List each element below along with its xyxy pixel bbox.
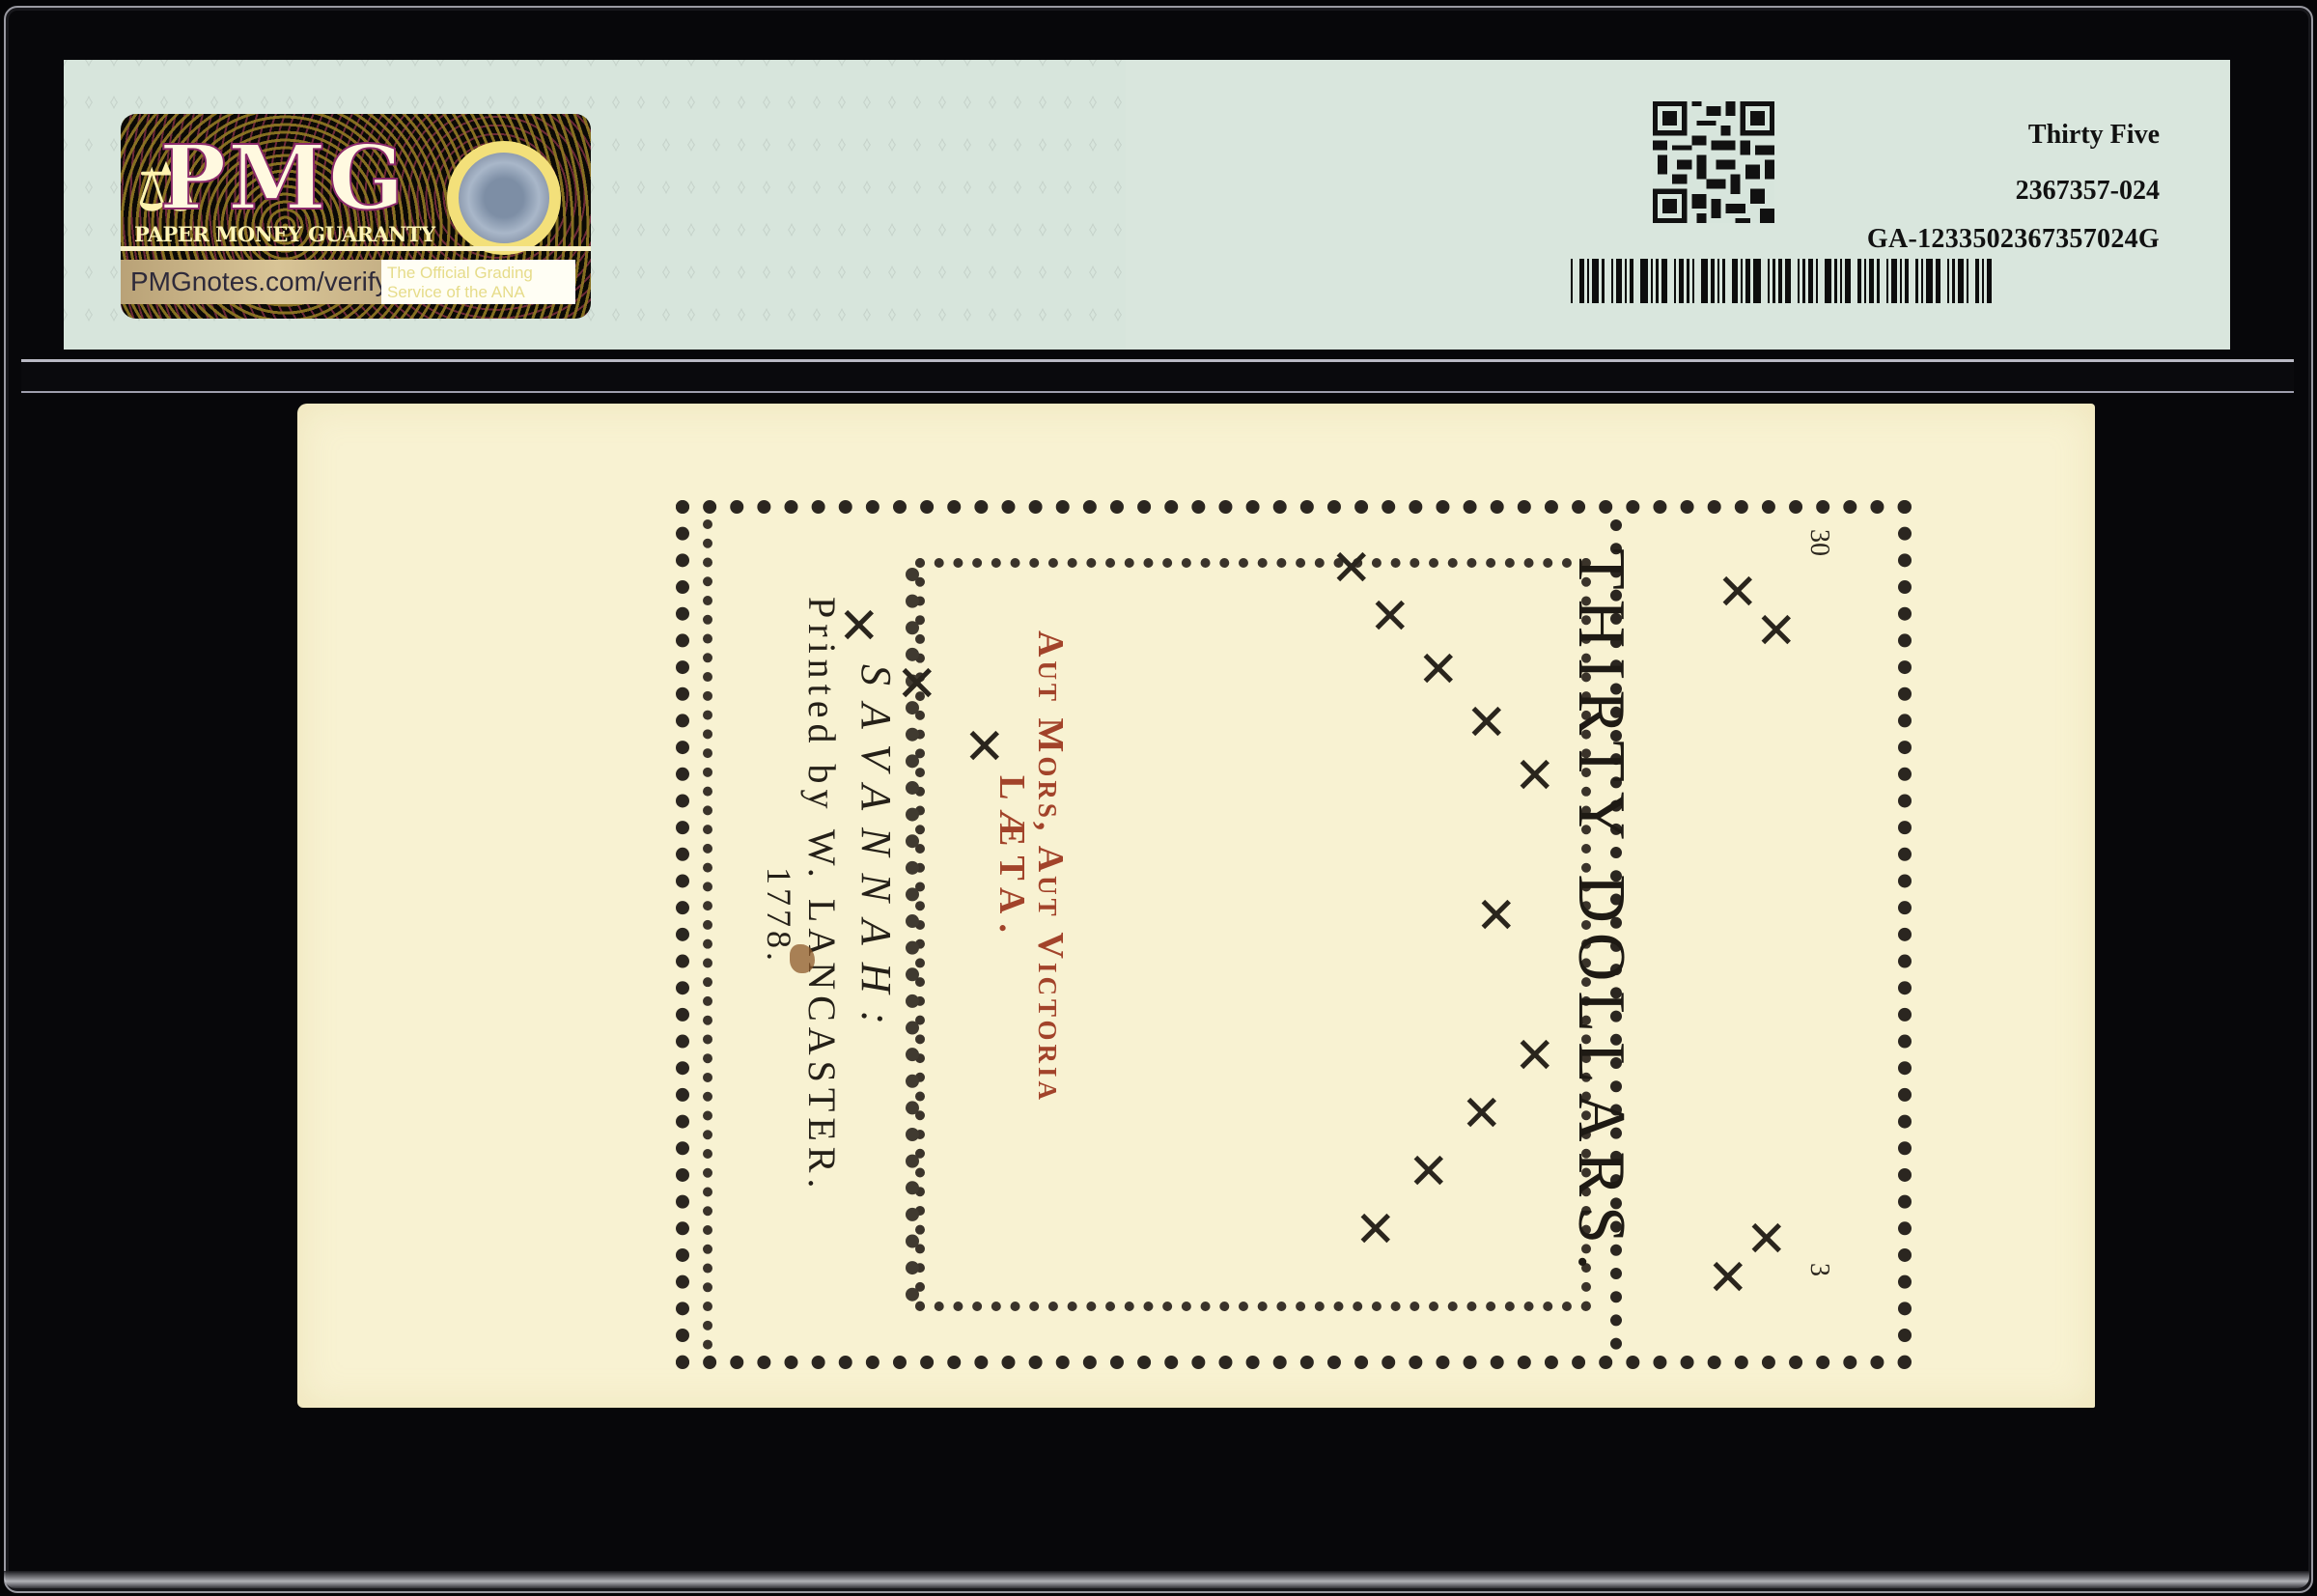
barcode-bar xyxy=(1741,259,1743,303)
barcode-bar xyxy=(1825,259,1831,303)
barcode-bar xyxy=(1816,259,1818,303)
corner-number-bottom: 3 xyxy=(1803,1263,1834,1276)
barcode-bar xyxy=(1864,259,1866,303)
barcode-bar xyxy=(1692,259,1694,303)
pmg-hologram: ⚖ PMG PAPER MONEY GUARANTY PMGnotes.com/… xyxy=(121,114,591,319)
barcode-bar xyxy=(1952,259,1955,303)
x-ornament: ✕ xyxy=(1514,1031,1556,1081)
barcode-bar xyxy=(1802,259,1805,303)
barcode-bar xyxy=(1687,259,1689,303)
x-ornament: ✕ xyxy=(1466,698,1508,748)
x-ornament: ✕ xyxy=(1354,1205,1397,1255)
barcode-bar xyxy=(1987,259,1992,303)
barcode-bar xyxy=(1947,259,1949,303)
barcode-bar xyxy=(1877,259,1880,303)
barcode-bar xyxy=(1722,259,1725,303)
barcode-bar xyxy=(1900,259,1902,303)
grading-label: ⚖ PMG PAPER MONEY GUARANTY PMGnotes.com/… xyxy=(64,60,2230,350)
holder-rail xyxy=(21,359,2294,393)
barcode-bar xyxy=(1905,259,1909,303)
hologram-subtitle: PAPER MONEY GUARANTY xyxy=(134,222,435,246)
barcode-bar xyxy=(1891,259,1897,303)
motto-line-2: LÆTA. xyxy=(991,775,1033,942)
x-ornament: ✕ xyxy=(963,722,1006,772)
barcode-bar xyxy=(1778,259,1782,303)
barcode-bar xyxy=(1571,259,1573,303)
barcode-bar xyxy=(1616,259,1622,303)
barcode-bar xyxy=(1773,259,1775,303)
motto-line-1: Aut Mors, Aut Victoria xyxy=(1029,630,1072,1104)
catalog-code: GA-1233502367357024G xyxy=(1867,224,2160,255)
barcode-bar xyxy=(1701,259,1708,303)
barcode-bar xyxy=(1651,259,1653,303)
barcode-bar xyxy=(1611,259,1613,303)
x-ornament: ✕ xyxy=(1330,544,1373,594)
barcode-bar xyxy=(1630,259,1633,303)
verify-url[interactable]: PMGnotes.com/verify xyxy=(121,260,381,304)
cert-number: 2367357-024 xyxy=(2016,176,2160,207)
barcode-bar xyxy=(1579,259,1584,303)
barcode-bar xyxy=(1975,259,1979,303)
slab-bottom-edge xyxy=(4,1571,2309,1588)
barcode-bar xyxy=(1808,259,1813,303)
denomination-text: THIRTY DOLLARS. xyxy=(1562,548,1639,1280)
barcode-bar xyxy=(1886,259,1888,303)
x-ornament: ✕ xyxy=(896,659,938,710)
x-ornament: ✕ xyxy=(1369,592,1411,642)
barcode-bar xyxy=(1640,259,1648,303)
barcode-bar xyxy=(1661,259,1667,303)
barcode-bar xyxy=(1921,259,1923,303)
barcode-bar xyxy=(1840,259,1842,303)
barcode-bar xyxy=(1915,259,1918,303)
barcode-bar xyxy=(1785,259,1791,303)
banknote: ✕ ✕ ✕ ✕ ✕ ✕ ✕ ✕ ✕ ✕ ✕ ✕ ✕ ✕ ✕ ✕ ✕ 30 3 T… xyxy=(297,404,2095,1408)
qr-code-icon[interactable] xyxy=(1653,101,1774,223)
barcode-bar xyxy=(1845,259,1851,303)
barcode-bar xyxy=(1587,259,1589,303)
printer-text: Printed by W. LANCASTER. xyxy=(799,597,845,1193)
barcode-bar xyxy=(1926,259,1933,303)
x-ornament: ✕ xyxy=(1417,645,1460,695)
barcode-bar xyxy=(1768,259,1770,303)
x-ornament: ✕ xyxy=(1408,1147,1450,1197)
hologram-seal-icon xyxy=(447,141,561,255)
grade-text: Thirty Five xyxy=(2028,120,2160,151)
barcode-icon xyxy=(1571,259,2160,303)
x-ornament: ✕ xyxy=(1717,568,1759,618)
official-service-text: The Official Grading Service of the ANA xyxy=(381,260,575,304)
barcode-bar xyxy=(1625,259,1627,303)
barcode-bar xyxy=(1936,259,1940,303)
hologram-divider xyxy=(121,246,591,251)
barcode-bar xyxy=(1732,259,1738,303)
barcode-bar xyxy=(1869,259,1874,303)
corner-number-top: 30 xyxy=(1803,529,1834,556)
barcode-bar xyxy=(1982,259,1984,303)
barcode-bar xyxy=(1592,259,1599,303)
barcode-bar xyxy=(1834,259,1837,303)
x-ornament: ✕ xyxy=(1755,606,1798,657)
x-ornament: ✕ xyxy=(1475,891,1518,941)
city-text: SAVANNAH: xyxy=(851,664,901,1042)
barcode-bar xyxy=(1745,259,1750,303)
left-ornament-column xyxy=(703,519,751,1350)
barcode-bar xyxy=(1753,259,1761,303)
barcode-bar xyxy=(1967,259,1968,303)
x-ornament: ✕ xyxy=(1514,751,1556,801)
barcode-bar xyxy=(1798,259,1800,303)
barcode-bar xyxy=(1857,259,1861,303)
barcode-bar xyxy=(1717,259,1719,303)
x-ornament: ✕ xyxy=(1707,1253,1749,1303)
hologram-brand: PMG xyxy=(159,133,406,222)
paper-stain xyxy=(790,944,815,973)
barcode-bar xyxy=(1711,259,1715,303)
x-ornament: ✕ xyxy=(1745,1215,1788,1265)
barcode-bar xyxy=(1602,259,1605,303)
barcode-bar xyxy=(1656,259,1659,303)
barcode-bar xyxy=(1958,259,1964,303)
x-ornament: ✕ xyxy=(1461,1089,1503,1139)
barcode-bar xyxy=(1674,259,1676,303)
barcode-bar xyxy=(1679,259,1684,303)
